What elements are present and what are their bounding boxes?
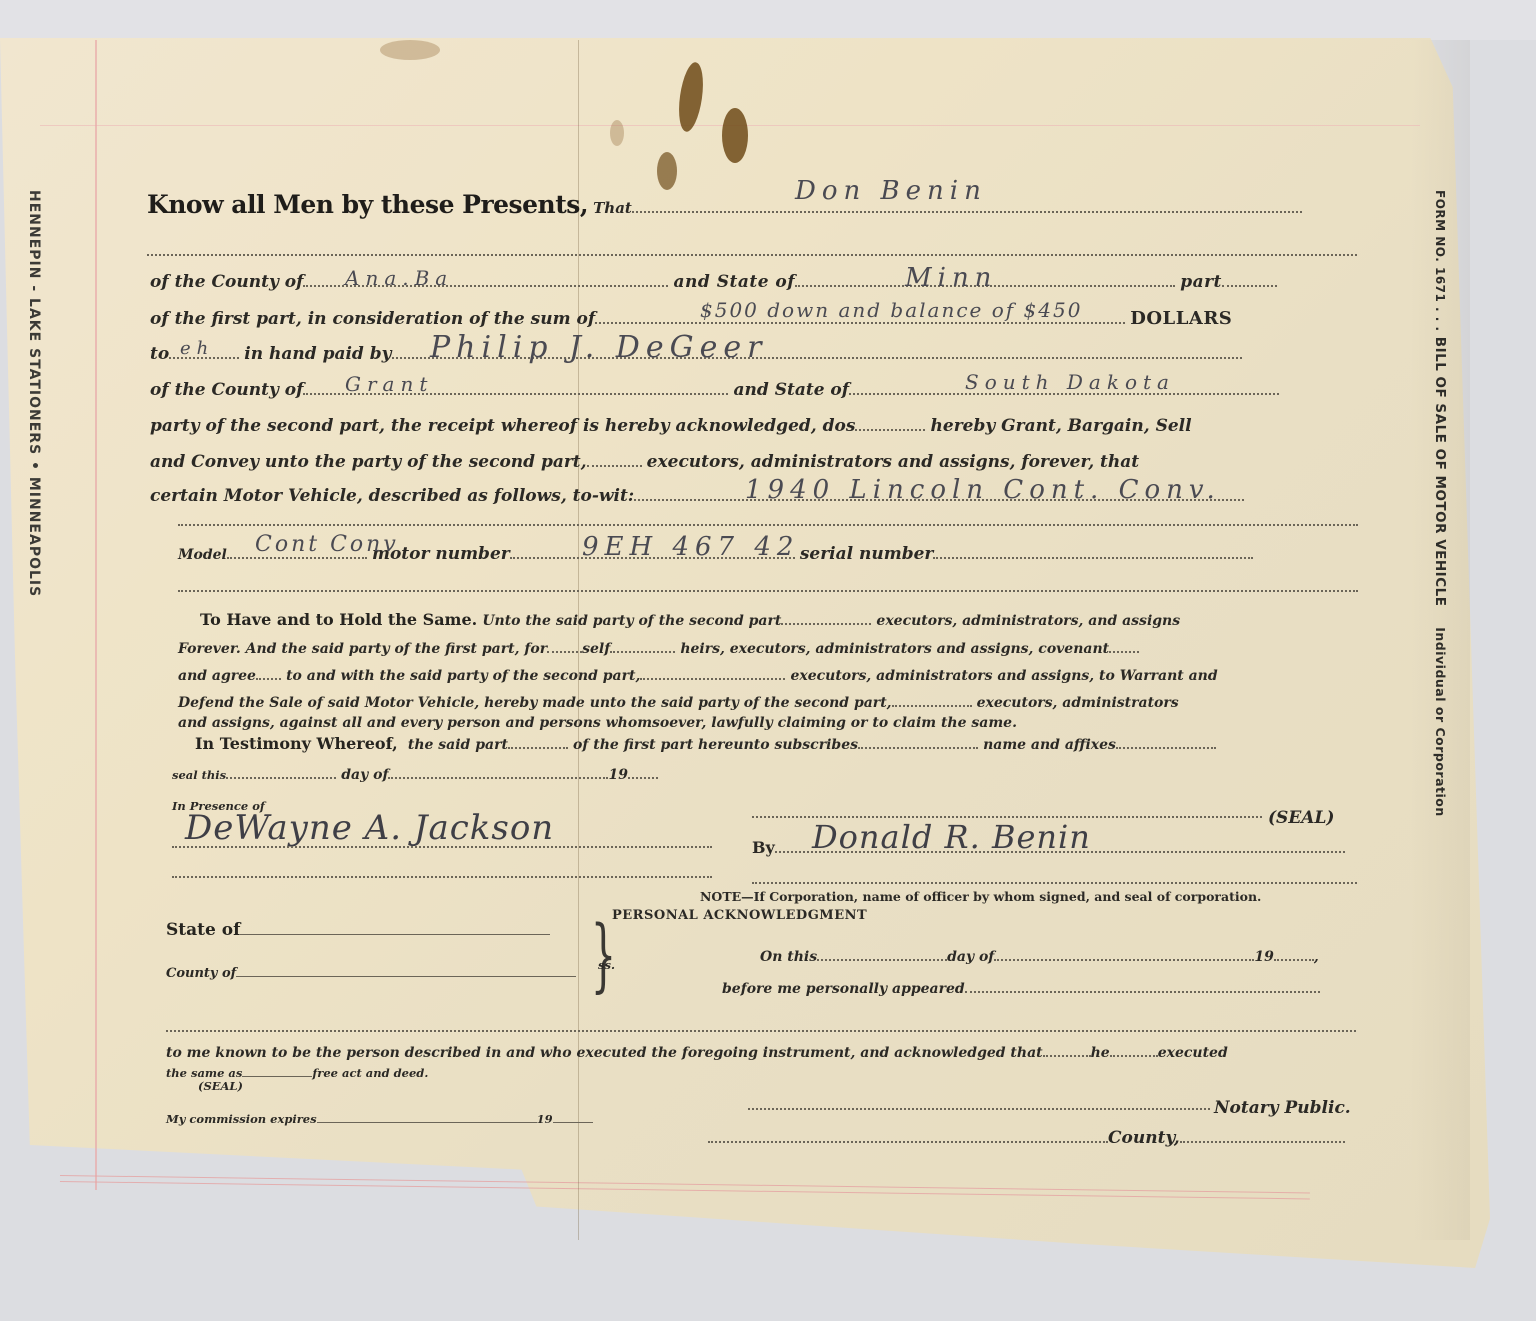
model-field[interactable]: Cont Conv xyxy=(255,532,399,557)
ack-heading-line: PERSONAL ACKNOWLEDGMENT xyxy=(612,904,867,923)
habendum-text: executors, administrators, and assigns xyxy=(876,613,1180,629)
by-label: By xyxy=(752,838,775,857)
habendum-text: Forever. And the said party of the first… xyxy=(178,641,547,657)
habendum-text: and assigns, against all and every perso… xyxy=(178,715,1017,731)
consideration-field[interactable]: $500 down and balance of $450 xyxy=(700,298,1082,322)
margin-rule-left xyxy=(95,40,97,1190)
conveyance-line-2: and Convey unto the party of the second … xyxy=(150,452,1139,472)
notary-label-line: Notary Public. xyxy=(1214,1098,1351,1118)
serial-label: serial number xyxy=(800,544,934,564)
blank-line xyxy=(178,524,1358,526)
background xyxy=(0,0,1536,40)
ack-state-line: State of xyxy=(166,920,550,940)
commission-year-prefix: 19 xyxy=(537,1112,553,1126)
known-line: to me known to be the person described i… xyxy=(166,1042,1228,1061)
witness-line-2 xyxy=(172,876,712,878)
seller-state-field[interactable]: Minn xyxy=(905,263,997,293)
notary-seal-label: (SEAL) xyxy=(198,1079,243,1093)
officer-line xyxy=(752,882,1357,884)
county-label: of the County of xyxy=(150,272,303,292)
stain-spot xyxy=(722,108,748,163)
habendum-line-2: Forever. And the said party of the first… xyxy=(178,638,1139,657)
ack-state-label: State of xyxy=(166,920,240,940)
habendum-line-3: and agree to and with the said party of … xyxy=(178,665,1218,684)
seal-this-label: seal this xyxy=(172,768,226,782)
blank-line xyxy=(166,1030,1356,1032)
testimony-text: the said part xyxy=(408,737,508,753)
habendum-line-5: and assigns, against all and every perso… xyxy=(178,712,1017,731)
seal-label: (SEAL) xyxy=(1268,808,1334,828)
free-act-label: free act and deed. xyxy=(312,1066,428,1080)
witness-line xyxy=(172,846,712,848)
appeared-label: before me personally appeared xyxy=(722,981,965,997)
ss-line: ss. xyxy=(598,954,615,973)
habendum-text: executors, administrators and assigns, t… xyxy=(790,668,1217,684)
habendum-text: Defend the Sale of said Motor Vehicle, h… xyxy=(178,695,892,711)
to-field[interactable]: eh xyxy=(180,338,214,359)
buyer-state-field[interactable]: South Dakota xyxy=(965,370,1175,394)
note-line: NOTE—If Corporation, name of officer by … xyxy=(700,886,1261,905)
habendum-text: heirs, executors, administrators and ass… xyxy=(680,641,1109,657)
ack-day-of-label: day of xyxy=(947,949,994,965)
printer-imprint: HENNEPIN - LAKE STATIONERS • MINNEAPOLIS xyxy=(26,190,42,597)
commission-label: My commission expires xyxy=(166,1112,317,1126)
blank-line xyxy=(147,254,1357,256)
ack-text: executed xyxy=(1158,1045,1228,1061)
buyer-county-label: of the County of xyxy=(150,380,303,400)
testimony-heading: In Testimony Whereof, xyxy=(195,734,398,753)
day-of-label: day of xyxy=(341,767,388,783)
vehicle-description-field[interactable]: 1940 Lincoln Cont. Conv. xyxy=(745,475,1221,505)
witness-signature[interactable]: DeWayne A. Jackson xyxy=(185,808,554,848)
seller-county-line: of the County of and State of part xyxy=(150,272,1277,292)
habendum-text: to and with the said party of the second… xyxy=(286,668,640,684)
ack-he: he xyxy=(1091,1045,1110,1061)
conveyance-line-1: party of the second part, the receipt wh… xyxy=(150,416,1192,436)
buyer-state-label: and State of xyxy=(734,380,850,400)
acknowledgment-heading: PERSONAL ACKNOWLEDGMENT xyxy=(612,908,867,923)
notary-public-label: Notary Public. xyxy=(1214,1098,1351,1118)
ack-county-label: County of xyxy=(166,966,236,981)
habendum-text: Unto the said party of the second part xyxy=(482,613,781,629)
stain-spot xyxy=(380,40,440,60)
testimony-text: of the first part hereunto subscribes xyxy=(573,737,858,753)
form-number: FORM NO. 1671 . . . xyxy=(1433,190,1447,332)
paid-by-label: in hand paid by xyxy=(244,344,391,364)
part-label: part xyxy=(1180,272,1222,292)
on-this-line: On thisday of19, xyxy=(760,946,1319,965)
habendum-text: executors, administrators xyxy=(977,695,1179,711)
form-title: BILL OF SALE OF MOTOR VEHICLE xyxy=(1432,337,1448,607)
commission-line: My commission expires19 xyxy=(166,1108,593,1127)
conveyance-text: hereby Grant, Bargain, Sell xyxy=(931,416,1192,436)
notary-seal-line: (SEAL) xyxy=(198,1075,243,1094)
model-label: Model xyxy=(178,547,227,563)
conveyance-text: executors, administrators and assigns, f… xyxy=(647,452,1139,472)
conveyance-text: party of the second part, the receipt wh… xyxy=(150,416,846,436)
habendum-heading: To Have and to Hold the Same. xyxy=(200,610,477,629)
to-label: to xyxy=(150,344,169,364)
testimony-line-1: In Testimony Whereof, the said part of t… xyxy=(195,734,1216,753)
buyer-name-field[interactable]: Philip J. DeGeer xyxy=(430,330,767,365)
notary-county-label: County, xyxy=(1108,1128,1180,1148)
habendum-text: and agree xyxy=(178,668,256,684)
appeared-line: before me personally appeared xyxy=(722,978,1320,997)
stain-spot xyxy=(657,152,677,190)
form-subtitle: Individual or Corporation xyxy=(1433,627,1448,817)
form-title-vertical: FORM NO. 1671 . . . BILL OF SALE OF MOTO… xyxy=(1432,190,1448,817)
ack-text: to me known to be the person described i… xyxy=(166,1045,1043,1061)
notary-signature-line xyxy=(748,1108,1210,1110)
that-label: That xyxy=(593,199,632,217)
seller-signature[interactable]: Donald R. Benin xyxy=(812,818,1091,856)
preamble-heading: Know all Men by these Presents, xyxy=(147,190,588,219)
testimony-text: name and affixes xyxy=(983,737,1116,753)
testimony-line-2: seal this day of19 xyxy=(172,764,658,783)
habendum-self: self xyxy=(582,641,610,657)
conveyance-text: certain Motor Vehicle, described as foll… xyxy=(150,486,634,506)
ack-year-prefix: 19 xyxy=(1254,949,1273,965)
seller-county-field[interactable]: Ana.Ba xyxy=(345,266,453,290)
stain-spot xyxy=(610,120,624,146)
state-label: and State of xyxy=(674,272,796,292)
motor-number-field[interactable]: 9EH 467 42 xyxy=(582,532,799,562)
do-suffix: s xyxy=(846,416,856,436)
corporation-note: NOTE—If Corporation, name of officer by … xyxy=(700,889,1261,904)
buyer-county-field[interactable]: Grant xyxy=(345,372,433,396)
on-this-label: On this xyxy=(760,949,817,965)
preamble-heading-line: Know all Men by these Presents, That xyxy=(147,190,1302,219)
habendum-line-1: To Have and to Hold the Same. Unto the s… xyxy=(200,610,1180,629)
habendum-line-4: Defend the Sale of said Motor Vehicle, h… xyxy=(178,692,1179,711)
dollars-label: DOLLARS xyxy=(1130,308,1232,329)
ack-county-line: County of xyxy=(166,962,576,981)
seller-name-field[interactable]: Don Benin xyxy=(795,176,987,206)
consideration-label: of the first part, in consideration of t… xyxy=(150,309,595,329)
year-prefix: 19 xyxy=(608,767,627,783)
blank-line xyxy=(178,590,1358,592)
conveyance-text: and Convey unto the party of the second … xyxy=(150,452,587,472)
county-line: County, xyxy=(708,1128,1345,1148)
seal-label-line: (SEAL) xyxy=(1268,808,1334,828)
ss-label: ss. xyxy=(598,958,615,972)
